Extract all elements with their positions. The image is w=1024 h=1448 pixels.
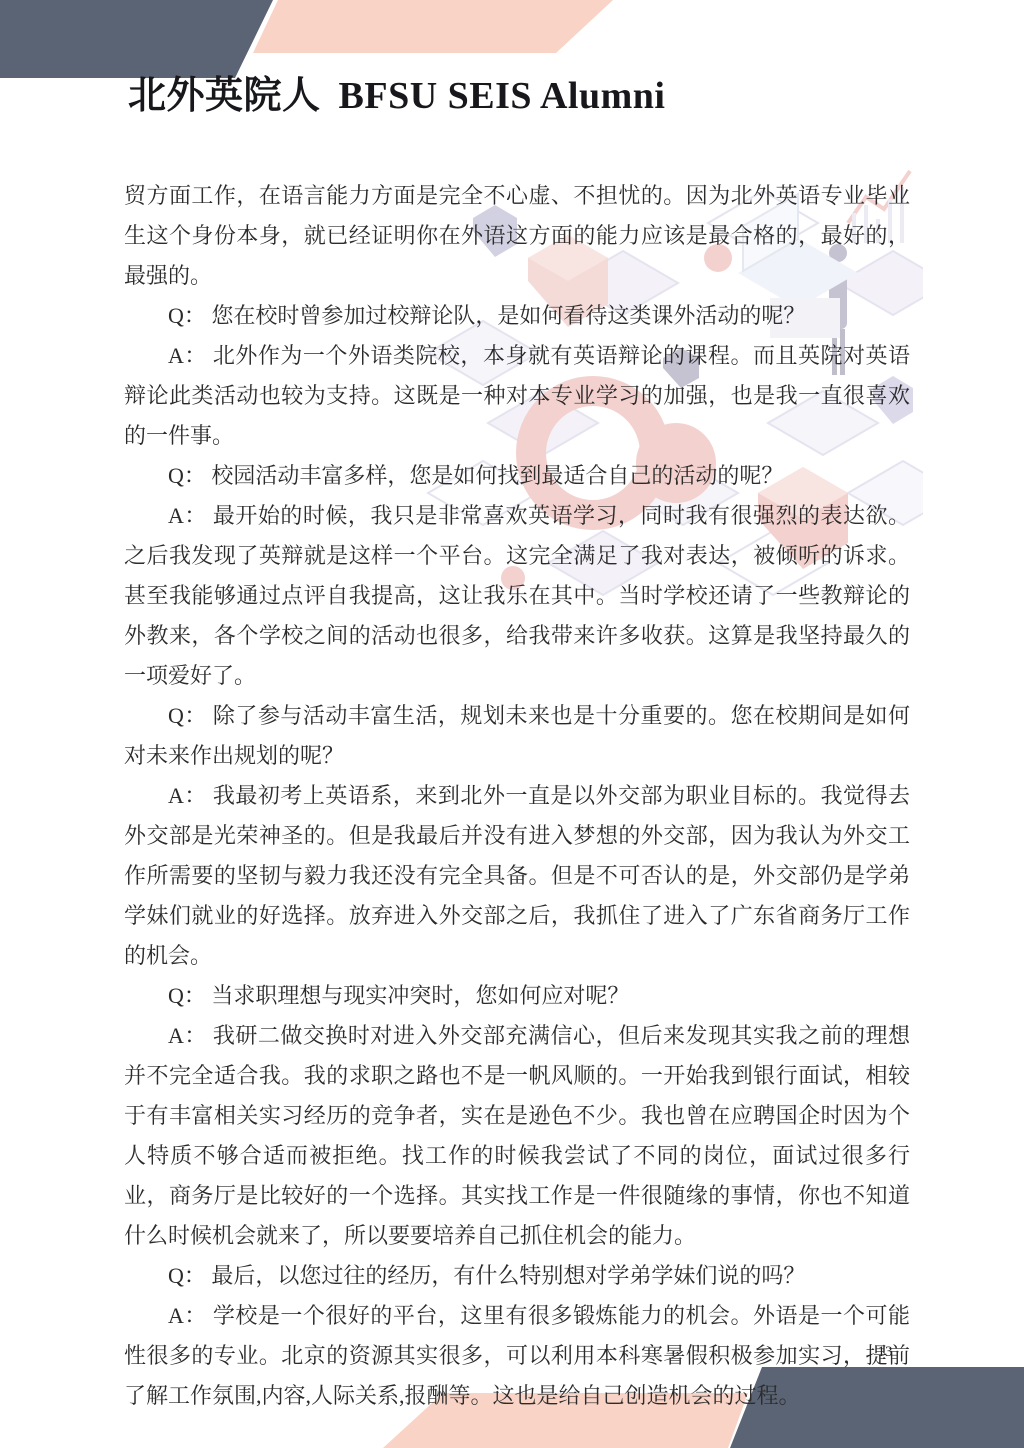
page-title: 北外英院人BFSU SEIS Alumni: [128, 72, 665, 120]
answer-paragraph: A： 北外作为一个外语类院校，本身就有英语辩论的课程。而且英院对英语辩论此类活动…: [124, 336, 910, 456]
page-title-cn: 北外英院人: [128, 75, 321, 117]
answer-paragraph: A： 最开始的时候，我只是非常喜欢英语学习，同时我有很强烈的表达欲。之后我发现了…: [124, 496, 910, 696]
top-left-slate-shape: [0, 0, 275, 78]
answer-paragraph: A： 学校是一个很好的平台，这里有很多锻炼能力的机会。外语是一个可能性很多的专业…: [124, 1296, 910, 1416]
answer-paragraph: A： 我研二做交换时对进入外交部充满信心，但后来发现其实我之前的理想并不完全适合…: [124, 1016, 910, 1256]
page-title-en: BFSU SEIS Alumni: [339, 75, 666, 117]
question-paragraph: Q： 最后，以您过往的经历，有什么特别想对学弟学妹们说的吗？: [124, 1256, 910, 1296]
question-paragraph: Q： 当求职理想与现实冲突时，您如何应对呢？: [124, 976, 910, 1016]
top-salmon-shape: [253, 0, 615, 53]
question-paragraph: Q： 您在校时曾参加过校辩论队，是如何看待这类课外活动的呢？: [124, 296, 910, 336]
question-paragraph: Q： 校园活动丰富多样，您是如何找到最适合自己的活动的呢？: [124, 456, 910, 496]
page-number: 13: [870, 1344, 900, 1361]
answer-paragraph: A： 我最初考上英语系，来到北外一直是以外交部为职业目标的。我觉得去外交部是光荣…: [124, 776, 910, 976]
article-body: 贸方面工作，在语言能力方面是完全不心虚、不担忧的。因为北外英语专业毕业生这个身份…: [124, 176, 910, 1416]
question-paragraph: Q： 除了参与活动丰富生活，规划未来也是十分重要的。您在校期间是如何对未来作出规…: [124, 696, 910, 776]
page: 北外英院人BFSU SEIS Alumni: [0, 0, 1024, 1448]
body-paragraph: 贸方面工作，在语言能力方面是完全不心虚、不担忧的。因为北外英语专业毕业生这个身份…: [124, 176, 910, 296]
